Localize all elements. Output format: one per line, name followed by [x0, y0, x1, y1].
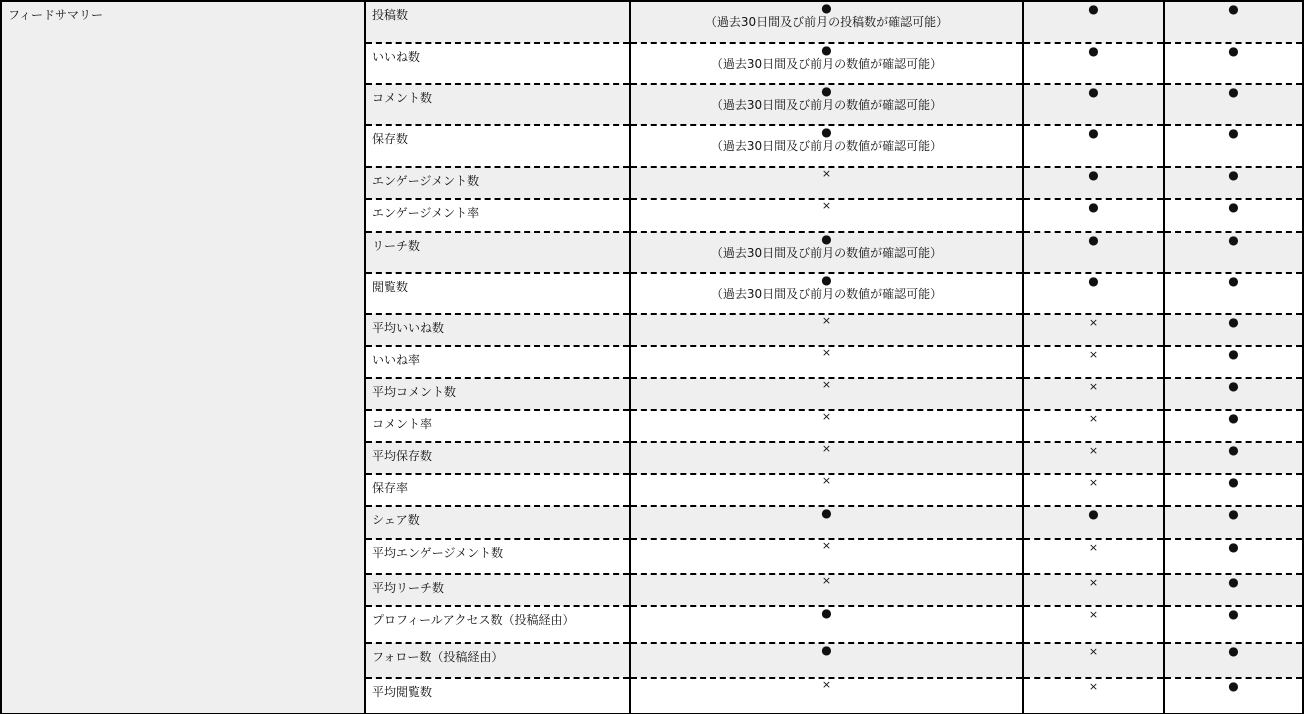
dot-icon: ● — [1088, 86, 1098, 98]
dot-icon: ● — [821, 126, 831, 138]
availability-note: （過去30日間及び前月の数値が確認可能） — [711, 245, 942, 261]
plan-3-value-cell: ● — [1164, 506, 1303, 539]
plan-1-value-cell: × — [630, 474, 1023, 506]
metric-name-cell: いいね数 — [365, 43, 630, 84]
plan-1-value-cell: ● （過去30日間及び前月の数値が確認可能） — [630, 125, 1023, 167]
metric-name: エンゲージメント率 — [372, 206, 479, 220]
metric-name: プロフィールアクセス数（投稿経由） — [372, 613, 574, 627]
dot-icon: ● — [1228, 348, 1238, 360]
plan-2-value-cell: × — [1023, 539, 1164, 574]
metric-name: 保存数 — [372, 132, 408, 146]
plan-2-value-cell: × — [1023, 378, 1164, 410]
plan-1-value-cell: ● （過去30日間及び前月の数値が確認可能） — [630, 232, 1023, 273]
dot-icon: ● — [821, 274, 831, 286]
dot-icon: ● — [1228, 608, 1238, 620]
cross-icon: × — [1089, 317, 1098, 329]
metric-name-cell: リーチ数 — [365, 232, 630, 273]
plan-1-value-cell: ● — [630, 606, 1023, 643]
plan-1-value-cell: ● （過去30日間及び前月の数値が確認可能） — [630, 43, 1023, 84]
dot-icon: ● — [1228, 275, 1238, 287]
metric-name-cell: いいね率 — [365, 346, 630, 378]
cross-icon: × — [1089, 646, 1098, 658]
cross-icon: × — [822, 200, 831, 212]
plan-1-value-cell: × — [630, 574, 1023, 606]
dot-icon: ● — [1228, 576, 1238, 588]
plan-3-value-cell: ● — [1164, 606, 1303, 643]
plan-2-value-cell: ● — [1023, 199, 1164, 232]
metric-name-cell: 平均いいね数 — [365, 314, 630, 346]
dot-icon: ● — [1088, 3, 1098, 15]
plan-1-value-cell: ● （過去30日間及び前月の数値が確認可能） — [630, 273, 1023, 314]
cross-icon: × — [822, 315, 831, 327]
metric-name-cell: エンゲージメント数 — [365, 167, 630, 199]
dot-icon: ● — [1228, 476, 1238, 488]
metric-name: 平均リーチ数 — [372, 581, 444, 595]
plan-1-value-cell: × — [630, 442, 1023, 474]
metric-name: 平均コメント数 — [372, 385, 456, 399]
metric-name: 保存率 — [372, 481, 408, 495]
availability-note: （過去30日間及び前月の数値が確認可能） — [711, 138, 942, 154]
availability-note: （過去30日間及び前月の数値が確認可能） — [711, 56, 942, 72]
plan-3-value-cell: ● — [1164, 314, 1303, 346]
plan-1-value-cell: ● — [630, 506, 1023, 539]
plan-3-value-cell: ● — [1164, 167, 1303, 199]
cross-icon: × — [1089, 542, 1098, 554]
metric-name-cell: 平均エンゲージメント数 — [365, 539, 630, 574]
cross-icon: × — [1089, 381, 1098, 393]
plan-2-value-cell: ● — [1023, 232, 1164, 273]
dot-icon: ● — [1088, 45, 1098, 57]
plan-1-value-cell: × — [630, 346, 1023, 378]
plan-1-value-cell: ● — [630, 643, 1023, 678]
cross-icon: × — [1089, 445, 1098, 457]
plan-2-value-cell: × — [1023, 643, 1164, 678]
plan-3-value-cell: ● — [1164, 574, 1303, 606]
metric-name: コメント数 — [372, 91, 432, 105]
plan-2-value-cell: ● — [1023, 273, 1164, 314]
dot-icon: ● — [1088, 508, 1098, 520]
metric-name-cell: 保存数 — [365, 125, 630, 167]
dot-icon: ● — [1228, 45, 1238, 57]
availability-note: （過去30日間及び前月の数値が確認可能） — [711, 97, 942, 113]
cross-icon: × — [822, 168, 831, 180]
dot-icon: ● — [1228, 444, 1238, 456]
plan-3-value-cell: ● — [1164, 474, 1303, 506]
plan-1-value-cell: × — [630, 539, 1023, 574]
cross-icon: × — [1089, 609, 1098, 621]
plan-2-value-cell: ● — [1023, 84, 1164, 125]
dot-icon: ● — [1228, 680, 1238, 692]
plan-2-value-cell: ● — [1023, 167, 1164, 199]
plan-3-value-cell: ● — [1164, 539, 1303, 574]
metric-name-cell: コメント数 — [365, 84, 630, 125]
metric-name-cell: 平均閲覧数 — [365, 678, 630, 714]
plan-1-value-cell: × — [630, 410, 1023, 442]
dot-icon: ● — [1228, 380, 1238, 392]
plan-1-value-cell: × — [630, 167, 1023, 199]
metric-name: エンゲージメント数 — [372, 174, 479, 188]
dot-icon: ● — [1088, 127, 1098, 139]
metric-name: いいね数 — [372, 50, 420, 64]
metric-name-cell: エンゲージメント率 — [365, 199, 630, 232]
plan-2-value-cell: × — [1023, 410, 1164, 442]
plan-3-value-cell: ● — [1164, 378, 1303, 410]
dot-icon: ● — [1228, 508, 1238, 520]
metric-name: 閲覧数 — [372, 280, 408, 294]
plan-3-value-cell: ● — [1164, 43, 1303, 84]
cross-icon: × — [822, 347, 831, 359]
metric-name: フォロー数（投稿経由） — [372, 650, 503, 664]
feature-comparison-table: フィードサマリー投稿数 ● （過去30日間及び前月の投稿数が確認可能） ● ● … — [0, 0, 1304, 714]
plan-2-value-cell: × — [1023, 442, 1164, 474]
plan-1-value-cell: × — [630, 199, 1023, 232]
dot-icon: ● — [1228, 645, 1238, 657]
dot-icon: ● — [821, 2, 831, 14]
metric-name-cell: 保存率 — [365, 474, 630, 506]
plan-3-value-cell: ● — [1164, 678, 1303, 714]
plan-3-value-cell: ● — [1164, 1, 1303, 43]
plan-2-value-cell: ● — [1023, 43, 1164, 84]
plan-2-value-cell: × — [1023, 678, 1164, 714]
plan-1-value-cell: ● （過去30日間及び前月の投稿数が確認可能） — [630, 1, 1023, 43]
dot-icon: ● — [821, 233, 831, 245]
dot-icon: ● — [821, 44, 831, 56]
cross-icon: × — [1089, 413, 1098, 425]
metric-name-cell: 平均コメント数 — [365, 378, 630, 410]
category-label: フィードサマリー — [8, 8, 103, 22]
plan-2-value-cell: ● — [1023, 125, 1164, 167]
metric-name: 平均エンゲージメント数 — [372, 546, 503, 560]
plan-1-value-cell: × — [630, 678, 1023, 714]
plan-3-value-cell: ● — [1164, 643, 1303, 678]
plan-3-value-cell: ● — [1164, 346, 1303, 378]
plan-2-value-cell: × — [1023, 346, 1164, 378]
plan-1-value-cell: × — [630, 378, 1023, 410]
metric-name: 平均閲覧数 — [372, 685, 432, 699]
availability-note: （過去30日間及び前月の数値が確認可能） — [711, 286, 942, 302]
metric-name: 平均いいね数 — [372, 321, 444, 335]
dot-icon: ● — [1228, 3, 1238, 15]
cross-icon: × — [1089, 477, 1098, 489]
plan-2-value-cell: × — [1023, 606, 1164, 643]
metric-name-cell: 平均保存数 — [365, 442, 630, 474]
dot-icon: ● — [821, 644, 831, 656]
plan-2-value-cell: ● — [1023, 1, 1164, 43]
plan-1-value-cell: × — [630, 314, 1023, 346]
cross-icon: × — [822, 475, 831, 487]
dot-icon: ● — [1228, 127, 1238, 139]
metric-name-cell: フォロー数（投稿経由） — [365, 643, 630, 678]
metric-name-cell: 閲覧数 — [365, 273, 630, 314]
cross-icon: × — [1089, 681, 1098, 693]
cross-icon: × — [822, 540, 831, 552]
metric-name: 平均保存数 — [372, 449, 432, 463]
metric-name-cell: シェア数 — [365, 506, 630, 539]
table-row: フィードサマリー投稿数 ● （過去30日間及び前月の投稿数が確認可能） ● ● — [1, 1, 1303, 43]
metric-name-cell: 平均リーチ数 — [365, 574, 630, 606]
dot-icon: ● — [1228, 412, 1238, 424]
metric-name-cell: 投稿数 — [365, 1, 630, 43]
metric-name: コメント率 — [372, 417, 432, 431]
dot-icon: ● — [1228, 234, 1238, 246]
plan-2-value-cell: ● — [1023, 506, 1164, 539]
metric-name: シェア数 — [372, 513, 420, 527]
metric-name-cell: プロフィールアクセス数（投稿経由） — [365, 606, 630, 643]
plan-2-value-cell: × — [1023, 574, 1164, 606]
plan-2-value-cell: × — [1023, 314, 1164, 346]
dot-icon: ● — [821, 85, 831, 97]
dot-icon: ● — [1228, 316, 1238, 328]
dot-icon: ● — [1228, 201, 1238, 213]
plan-3-value-cell: ● — [1164, 442, 1303, 474]
plan-3-value-cell: ● — [1164, 84, 1303, 125]
category-cell: フィードサマリー — [1, 1, 365, 714]
cross-icon: × — [822, 679, 831, 691]
cross-icon: × — [822, 379, 831, 391]
cross-icon: × — [1089, 349, 1098, 361]
dot-icon: ● — [1088, 234, 1098, 246]
metric-name-cell: コメント率 — [365, 410, 630, 442]
dot-icon: ● — [1088, 201, 1098, 213]
metric-name: 投稿数 — [372, 8, 408, 22]
cross-icon: × — [822, 575, 831, 587]
cross-icon: × — [822, 443, 831, 455]
plan-3-value-cell: ● — [1164, 125, 1303, 167]
plan-1-value-cell: ● （過去30日間及び前月の数値が確認可能） — [630, 84, 1023, 125]
plan-3-value-cell: ● — [1164, 410, 1303, 442]
availability-note: （過去30日間及び前月の投稿数が確認可能） — [705, 14, 948, 30]
metric-name: いいね率 — [372, 353, 420, 367]
plan-3-value-cell: ● — [1164, 199, 1303, 232]
metric-name: リーチ数 — [372, 239, 420, 253]
dot-icon: ● — [1228, 541, 1238, 553]
dot-icon: ● — [1088, 169, 1098, 181]
dot-icon: ● — [821, 607, 831, 619]
plan-3-value-cell: ● — [1164, 232, 1303, 273]
cross-icon: × — [1089, 577, 1098, 589]
plan-3-value-cell: ● — [1164, 273, 1303, 314]
dot-icon: ● — [1228, 86, 1238, 98]
plan-2-value-cell: × — [1023, 474, 1164, 506]
table-body: フィードサマリー投稿数 ● （過去30日間及び前月の投稿数が確認可能） ● ● … — [1, 1, 1303, 714]
cross-icon: × — [822, 411, 831, 423]
dot-icon: ● — [1088, 275, 1098, 287]
dot-icon: ● — [821, 507, 831, 519]
dot-icon: ● — [1228, 169, 1238, 181]
